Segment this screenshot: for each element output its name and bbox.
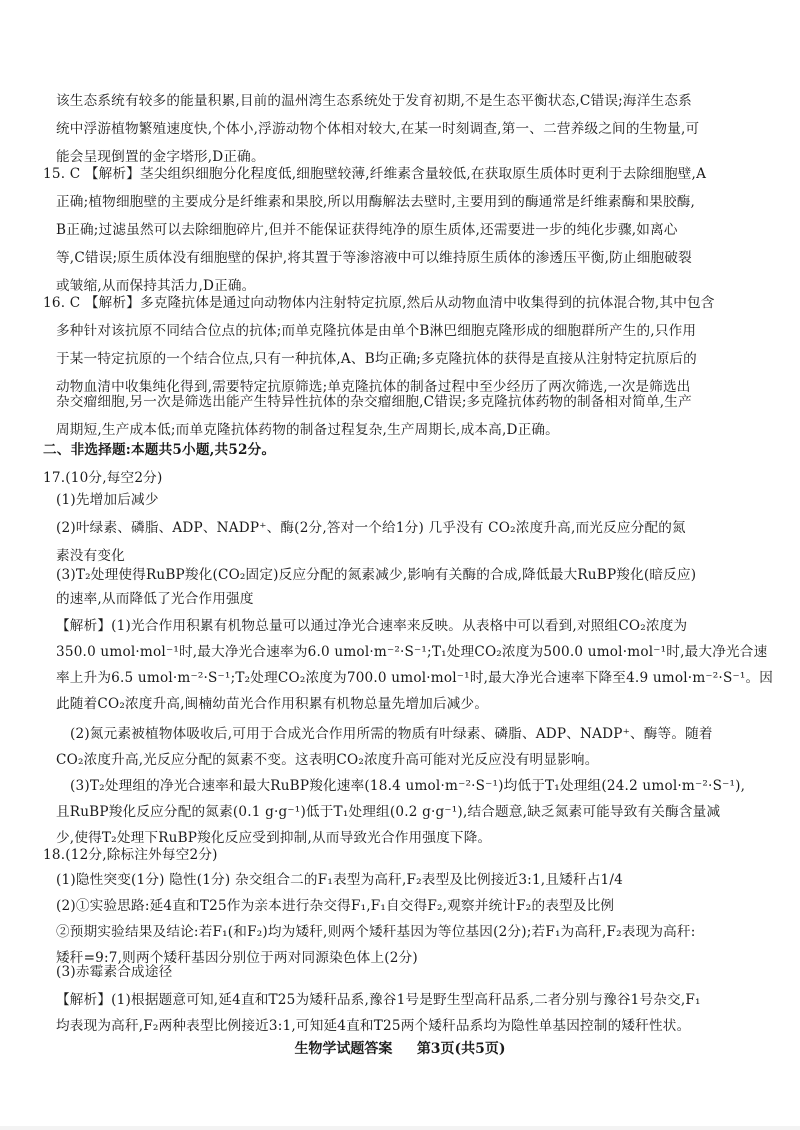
text-line: (2)叶绿素、磷脂、ADP、NADP⁺、酶(2分,答对一个给1分) 几乎没有 C… [56,519,686,537]
text-line: 素没有变化 [56,547,125,565]
text-line: 于某一特定抗原的一个结合位点,只有一种抗体,A、B均正确;多克隆抗体的获得是直接… [56,350,697,368]
text-line: (1)隐性突变(1分) 隐性(1分) 杂交组合二的F₁表型为高秆,F₂表型及比例… [56,871,623,889]
text-line: 正确;植物细胞壁的主要成分是纤维素和果胶,所以用酶解法去壁时,主要用到的酶通常是… [56,193,695,211]
text-line: ②预期实验结果及结论:若F₁(和F₂)均为矮秆,则两个矮秆基因为等位基因(2分)… [56,923,696,941]
footer-subject: 生物学试题答案 [294,1041,392,1057]
text-line: 350.0 umol·mol⁻¹时,最大净光合速率为6.0 umol·m⁻²·S… [56,643,767,661]
text-line: 周期短,生产成本低;而单克隆抗体药物的制备过程复杂,生产周期长,成本高,D正确。 [56,421,559,439]
text-line: 少,使得T₂处理下RuBP羧化反应受到抑制,从而导致光合作用强度下降。 [56,829,491,847]
text-line: (3)T₂处理使得RuBP羧化(CO₂固定)反应分配的氮素减少,影响有关酶的合成… [56,566,696,584]
text-line: CO₂浓度升高,光反应分配的氮素不变。这表明CO₂浓度升高可能对光反应没有明显影… [56,751,599,769]
text-line: 16. C 【解析】多克隆抗体是通过向动物体内注射特定抗原,然后从动物血清中收集… [43,294,715,312]
text-line: 15. C 【解析】茎尖组织细胞分化程度低,细胞壁较薄,纤维素含量较低,在获取原… [43,165,706,183]
text-line: 杂交瘤细胞,另一次是筛选出能产生特异性抗体的杂交瘤细胞,C错误;多克隆抗体药物的… [56,393,692,411]
footer-spacer [397,1041,412,1057]
text-line: 该生态系统有较多的能量积累,目前的温州湾生态系统处于发育初期,不是生态平衡状态,… [56,92,692,110]
text-line: (3)T₂处理组的净光合速率和最大RuBP羧化速率(18.4 umol·m⁻²·… [70,777,745,795]
text-line: 等,C错误;原生质体没有细胞壁的保护,将其置于等渗溶液中可以维持原生质体的渗透压… [56,249,692,267]
text-line: (1)先增加后减少 [56,491,159,509]
footer-page-number: 第3页(共5页) [417,1041,506,1057]
text-line: (3)赤霉素合成途径 [56,963,172,981]
text-line: 【解析】(1)光合作用积累有机物总量可以通过净光合速率来反映。从表格中可以看到,… [56,617,687,635]
text-line: 多种针对该抗原不同结合位点的抗体;而单克隆抗体是由单个B淋巴细胞克隆形成的细胞群… [56,322,696,340]
text-line: 统中浮游植物繁殖速度快,个体小,浮游动物个体相对较大,在某一时刻调查,第一、二营… [56,120,699,138]
text-line: B正确;过滤虽然可以去除细胞碎片,但并不能保证获得纯净的原生质体,还需要进一步的… [56,221,678,239]
text-line: 二、非选择题:本题共5小题,共52分。 [43,441,275,459]
text-line: (2)①实验思路:延4直和T25作为亲本进行杂交得F₁,F₁自交得F₂,观察并统… [56,897,614,915]
text-line: 此随着CO₂浓度升高,闽楠幼苗光合作用积累有机物总量先增加后减少。 [56,695,488,713]
text-line: (2)氮元素被植物体吸收后,可用于合成光合作用所需的物质有叶绿素、磷脂、ADP、… [70,725,713,743]
text-line: 【解析】(1)根据题意可知,延4直和T25为矮秆品系,豫谷1号是野生型高秆品系,… [56,991,701,1009]
text-line: 或皱缩,从而保持其活力,D正确。 [56,277,255,295]
text-line: 能会呈现倒置的金字塔形,D正确。 [56,148,265,166]
page-bottom-edge [0,1126,800,1130]
text-line: 且RuBP羧化反应分配的氮素(0.1 g·g⁻¹)低于T₁处理组(0.2 g·g… [56,803,720,821]
text-line: 率上升为6.5 umol·m⁻²·S⁻¹;T₂处理CO₂浓度为700.0 umo… [56,669,773,687]
text-line: 均表现为高秆,F₂两种表型比例接近3:1,可知延4直和T25两个矮秆品系均为隐性… [56,1017,690,1035]
text-line: 的速率,从而降低了光合作用强度 [56,590,254,608]
document-page: 该生态系统有较多的能量积累,目前的温州湾生态系统处于发育初期,不是生态平衡状态,… [0,0,800,1130]
text-line: 18.(12分,除标注外每空2分) [43,846,218,864]
page-footer: 生物学试题答案 第3页(共5页) [0,1040,800,1058]
text-line: 17.(10分,每空2分) [43,469,162,487]
